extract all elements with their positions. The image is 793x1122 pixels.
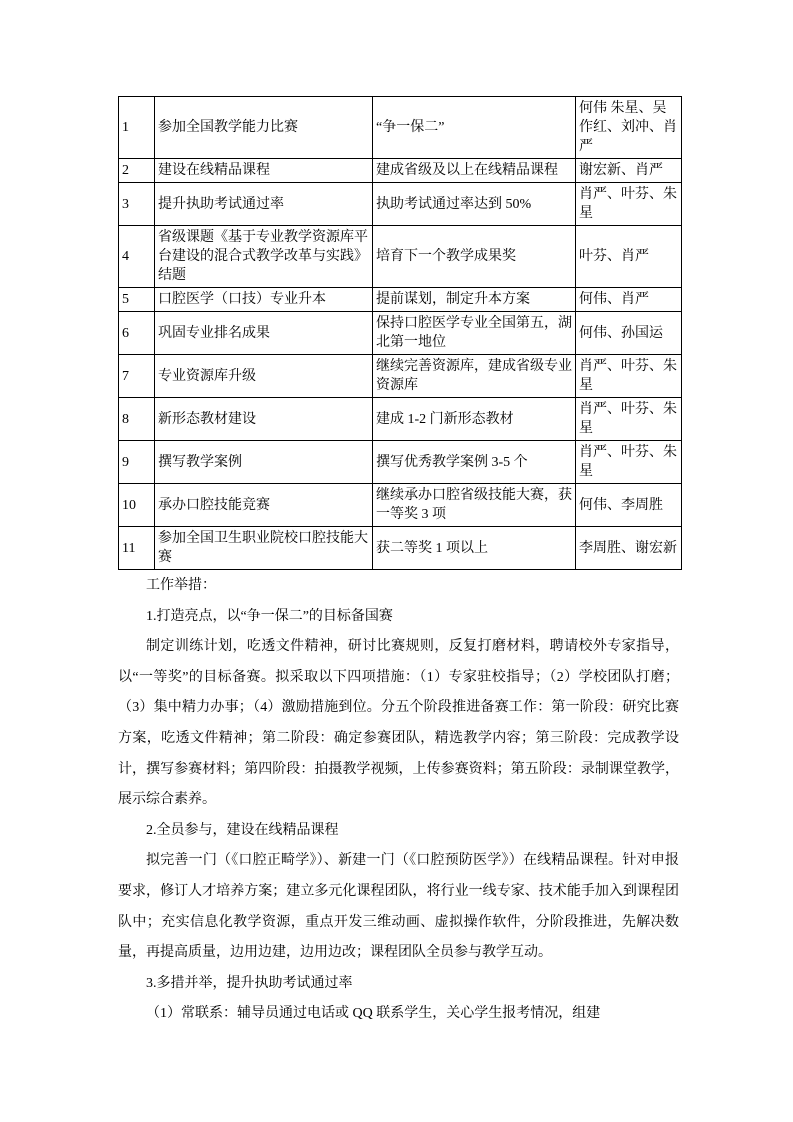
row-number-cell: 10	[119, 484, 155, 527]
row-number-cell: 4	[119, 226, 155, 288]
table-row: 5 口腔医学（口技）专业升本 提前谋划，制定升本方案 何伟、肖严	[119, 288, 682, 312]
row-number-cell: 7	[119, 355, 155, 398]
paragraph-measure-1: 制定训练计划，吃透文件精神，研讨比赛规则，反复打磨材料，聘请校外专家指导，以“一…	[118, 632, 679, 816]
target-cell: 建成 1-2 门新形态教材	[373, 398, 576, 441]
table-row: 4 省级课题《基于专业教学资源库平台建设的混合式教学改革与实践》结题 培育下一个…	[119, 226, 682, 288]
table-row: 8 新形态教材建设 建成 1-2 门新形态教材 肖严、叶芬、朱星	[119, 398, 682, 441]
row-number-cell: 11	[119, 527, 155, 570]
table-row: 10 承办口腔技能竞赛 继续承办口腔省级技能大赛，获一等奖 3 项 何伟、李周胜	[119, 484, 682, 527]
task-cell: 省级课题《基于专业教学资源库平台建设的混合式教学改革与实践》结题	[155, 226, 373, 288]
row-number-cell: 2	[119, 159, 155, 183]
row-number-cell: 8	[119, 398, 155, 441]
document-content: 1 参加全国教学能力比赛 “争一保二” 何伟 朱星、吴作红、刘冲、肖严 2 建设…	[118, 96, 679, 1030]
target-cell: 培育下一个教学成果奖	[373, 226, 576, 288]
subsection-heading-1: 1.打造亮点，以“争一保二”的目标备国赛	[118, 602, 679, 633]
target-cell: 提前谋划，制定升本方案	[373, 288, 576, 312]
task-cell: 撰写教学案例	[155, 441, 373, 484]
owner-cell: 叶芬、肖严	[576, 226, 682, 288]
row-number-cell: 1	[119, 97, 155, 159]
owner-cell: 何伟 朱星、吴作红、刘冲、肖严	[576, 97, 682, 159]
owner-cell: 肖严、叶芬、朱星	[576, 398, 682, 441]
row-number-cell: 9	[119, 441, 155, 484]
target-cell: 建成省级及以上在线精品课程	[373, 159, 576, 183]
task-cell: 口腔医学（口技）专业升本	[155, 288, 373, 312]
subsection-heading-2: 2.全员参与，建设在线精品课程	[118, 816, 679, 847]
owner-cell: 肖严、叶芬、朱星	[576, 183, 682, 226]
owner-cell: 谢宏新、肖严	[576, 159, 682, 183]
task-cell: 参加全国卫生职业院校口腔技能大赛	[155, 527, 373, 570]
row-number-cell: 6	[119, 312, 155, 355]
work-plan-table: 1 参加全国教学能力比赛 “争一保二” 何伟 朱星、吴作红、刘冲、肖严 2 建设…	[118, 96, 682, 570]
task-cell: 承办口腔技能竞赛	[155, 484, 373, 527]
target-cell: 继续承办口腔省级技能大赛，获一等奖 3 项	[373, 484, 576, 527]
section-heading-work-measures: 工作举措：	[118, 571, 679, 602]
task-cell: 巩固专业排名成果	[155, 312, 373, 355]
owner-cell: 何伟、李周胜	[576, 484, 682, 527]
row-number-cell: 5	[119, 288, 155, 312]
target-cell: 保持口腔医学专业全国第五，湖北第一地位	[373, 312, 576, 355]
task-cell: 新形态教材建设	[155, 398, 373, 441]
owner-cell: 何伟、孙国运	[576, 312, 682, 355]
table-row: 1 参加全国教学能力比赛 “争一保二” 何伟 朱星、吴作红、刘冲、肖严	[119, 97, 682, 159]
subsection-heading-3: 3.多措并举，提升执助考试通过率	[118, 969, 679, 1000]
table-row: 11 参加全国卫生职业院校口腔技能大赛 获二等奖 1 项以上 李周胜、谢宏新	[119, 527, 682, 570]
target-cell: 撰写优秀教学案例 3-5 个	[373, 441, 576, 484]
task-cell: 提升执助考试通过率	[155, 183, 373, 226]
task-cell: 建设在线精品课程	[155, 159, 373, 183]
table-row: 9 撰写教学案例 撰写优秀教学案例 3-5 个 肖严、叶芬、朱星	[119, 441, 682, 484]
body-text: 工作举措： 1.打造亮点，以“争一保二”的目标备国赛 制定训练计划，吃透文件精神…	[118, 571, 679, 1030]
target-cell: 执助考试通过率达到 50%	[373, 183, 576, 226]
owner-cell: 何伟、肖严	[576, 288, 682, 312]
table-row: 2 建设在线精品课程 建成省级及以上在线精品课程 谢宏新、肖严	[119, 159, 682, 183]
paragraph-measure-3: （1）常联系：辅导员通过电话或 QQ 联系学生，关心学生报考情况，组建	[118, 999, 679, 1030]
owner-cell: 李周胜、谢宏新	[576, 527, 682, 570]
owner-cell: 肖严、叶芬、朱星	[576, 355, 682, 398]
paragraph-measure-2: 拟完善一门（《口腔正畸学》）、新建一门（《口腔预防医学》）在线精品课程。针对申报…	[118, 846, 679, 968]
table-row: 3 提升执助考试通过率 执助考试通过率达到 50% 肖严、叶芬、朱星	[119, 183, 682, 226]
table-row: 6 巩固专业排名成果 保持口腔医学专业全国第五，湖北第一地位 何伟、孙国运	[119, 312, 682, 355]
owner-cell: 肖严、叶芬、朱星	[576, 441, 682, 484]
row-number-cell: 3	[119, 183, 155, 226]
task-cell: 参加全国教学能力比赛	[155, 97, 373, 159]
document-page: 1 参加全国教学能力比赛 “争一保二” 何伟 朱星、吴作红、刘冲、肖严 2 建设…	[0, 0, 793, 1122]
table-row: 7 专业资源库升级 继续完善资源库，建成省级专业资源库 肖严、叶芬、朱星	[119, 355, 682, 398]
target-cell: “争一保二”	[373, 97, 576, 159]
target-cell: 继续完善资源库，建成省级专业资源库	[373, 355, 576, 398]
target-cell: 获二等奖 1 项以上	[373, 527, 576, 570]
task-cell: 专业资源库升级	[155, 355, 373, 398]
